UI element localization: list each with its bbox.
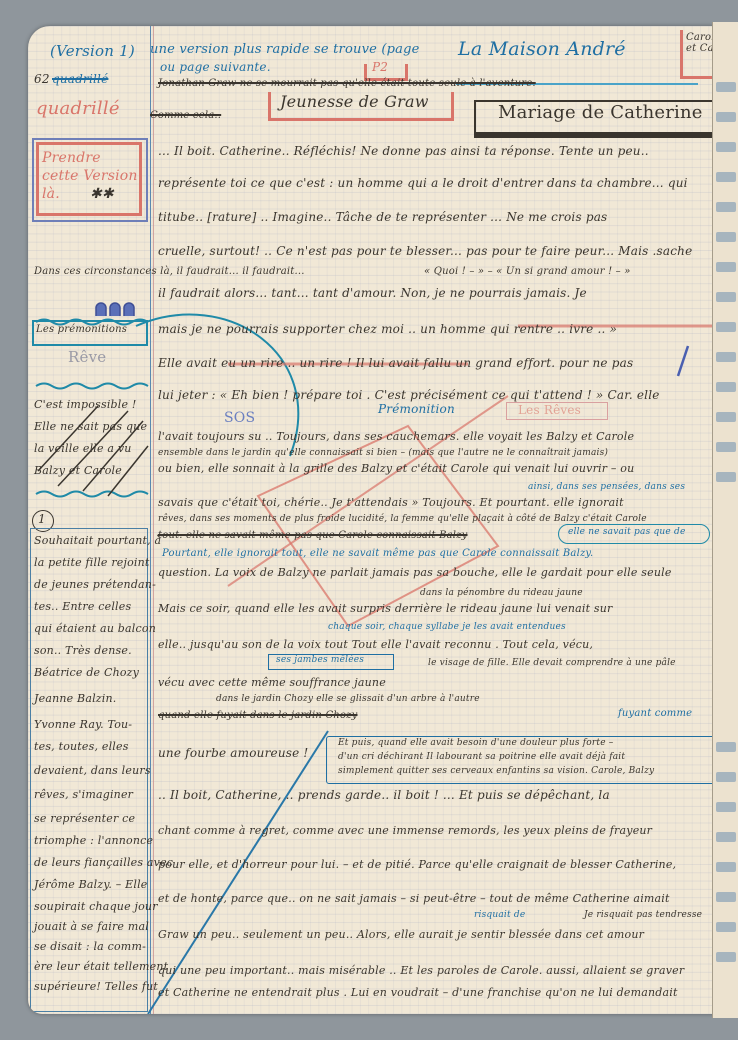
text-line: .. Il boit, Catherine, .. prends garde..…	[158, 788, 610, 802]
boxed-note-line: là.	[42, 186, 60, 202]
text-line: il faudrait alors... tant... tant d'amou…	[158, 286, 587, 300]
side-text-line: jouait à se faire mal	[34, 920, 149, 933]
side-text-line: tes, toutes, elles	[34, 740, 129, 753]
text-line: représente toi ce que c'est : un homme q…	[158, 176, 688, 190]
version-note: une version plus rapide se trouve (page	[150, 42, 420, 57]
boxed-note-line: Prendre	[42, 150, 101, 166]
text-insert: chaque soir, chaque syllabe je les avait…	[328, 622, 566, 632]
text-insert: ainsi, dans ses pensées, dans ses	[528, 482, 685, 492]
text-line: Mais ce soir, quand elle les avait surpr…	[158, 602, 613, 615]
text-line: savais que c'était toi, chérie.. Je t'at…	[158, 496, 624, 509]
text-line-struck: quand elle fuyait dans le jardin Chozy	[158, 710, 358, 721]
text-line: pour elle, et d'horreur pour lui. – et d…	[158, 858, 676, 871]
text-insert: ses jambes mêlées	[276, 655, 364, 665]
text-line-struck: Comme cela..	[150, 110, 221, 121]
side-text-line: triomphe : l'annonce	[34, 834, 153, 847]
struck-line: Balzy et Carole	[34, 464, 122, 477]
struck-line: C'est impossible !	[34, 398, 137, 411]
text-line-blue: Pourtant, elle ignorait tout, elle ne sa…	[162, 548, 593, 559]
text-line: rêves, dans ses moments de plus froide l…	[158, 514, 647, 524]
circled-number: 1	[38, 512, 46, 526]
side-text-line: supérieure! Telles fut	[34, 980, 158, 993]
text-insert: Je risquait pas tendresse	[584, 910, 702, 920]
text-line: ... Il boit. Catherine.. Réfléchis! Ne d…	[158, 144, 649, 158]
inserted-line: simplement quitter ses cerveaux enfantin…	[338, 766, 654, 776]
side-text-line: soupirait chaque jour	[34, 900, 158, 913]
text-line: une fourbe amoureuse !	[158, 746, 308, 760]
chapter-title: Mariage de Catherine	[498, 102, 703, 123]
side-text-line: se représenter ce	[34, 812, 135, 825]
text-line: elle.. jusqu'au son de la voix tout Tout…	[158, 638, 593, 651]
text-line: cruelle, surtout! .. Ce n'est pas pour t…	[158, 244, 692, 258]
side-text-line: qui étaient au balcon	[34, 622, 156, 635]
text-insert: dans le jardin Chozy elle se glissait d'…	[216, 694, 480, 704]
red-tag: P2	[372, 60, 388, 74]
document-title: La Maison André	[458, 38, 626, 60]
margin-note: Dans ces circonstances là, il faudrait..…	[34, 266, 305, 277]
text-line: et Catherine ne entendrait plus . Lui en…	[158, 986, 678, 999]
next-page-edge	[712, 22, 738, 1018]
side-text-line: devaient, dans leurs	[34, 764, 151, 777]
premonitions-label: Les prémonitions	[36, 324, 127, 335]
section-heading: Jeunesse de Graw	[280, 92, 429, 111]
side-text-line: la petite fille rejoint	[34, 556, 150, 569]
version-note-2: ou page suivante.	[160, 60, 271, 74]
inserted-line: Et puis, quand elle avait besoin d'une d…	[338, 738, 614, 748]
reve-label: Rêve	[68, 348, 106, 366]
inserted-line: d'un cri déchirant Il labourant sa poitr…	[338, 752, 625, 762]
struck-line: Elle ne sait pas que	[34, 420, 147, 433]
side-text-line: de jeunes prétendan-	[34, 578, 156, 591]
text-line: ensemble dans le jardin qu'elle connaiss…	[158, 448, 608, 458]
text-line: Graw un peu.. seulement un peu.. Alors, …	[158, 928, 644, 941]
text-line: titube.. [rature] .. Imagine.. Tâche de …	[158, 210, 607, 224]
side-text-line: Yvonne Ray. Tou-	[34, 718, 132, 731]
text-line: lui jeter : « Eh bien ! prépare toi . C'…	[158, 388, 660, 402]
side-text-line: rêves, s'imaginer	[34, 788, 133, 801]
side-text-line: tes.. Entre celles	[34, 600, 131, 613]
version-label: (Version 1)	[50, 42, 135, 60]
les-reves-label: Les Rêves	[518, 403, 581, 417]
text-line: et de honte, parce que.. on ne sait jama…	[158, 892, 670, 905]
side-text-line: son.. Très dense.	[34, 644, 132, 657]
text-insert: elle ne savait pas que de	[568, 527, 685, 537]
side-text-line: Béatrice de Chozy	[34, 666, 139, 679]
asterisk-marks: ✱✱	[90, 186, 114, 202]
side-text-line: Souhaitait pourtant, à	[34, 534, 161, 547]
side-text-line: de leurs fiançailles avec	[34, 856, 173, 869]
text-line-struck: Jonathan Graw ne se mourrait pas qu'elle…	[158, 78, 536, 89]
side-text-line: Jeanne Balzin.	[34, 692, 117, 705]
side-text-line: Jérôme Balzy. – Elle	[34, 878, 148, 891]
notebook-type-struck: quadrillé	[52, 72, 108, 86]
side-text-line: ère leur était tellement	[34, 960, 168, 973]
sos-label: SOS	[224, 410, 255, 426]
text-insert: le visage de fille. Elle devait comprend…	[428, 658, 676, 668]
text-insert: risquait de	[474, 910, 525, 920]
text-insert: dans la pénombre du rideau jaune	[420, 588, 583, 598]
text-line: vécu avec cette même souffrance jaune	[158, 676, 386, 689]
text-line: ou bien, elle sonnait à la grille des Ba…	[158, 462, 634, 475]
side-text-line: se disait : la comm-	[34, 940, 146, 953]
text-line: « Quoi ! – » – « Un si grand amour ! – »	[424, 266, 631, 277]
premonition-label: Prémonition	[378, 402, 455, 416]
text-insert: fuyant comme	[618, 708, 692, 719]
text-line: question. La voix de Balzy ne parlait ja…	[158, 566, 672, 579]
text-line: Elle avait eu un rire .. un rire ! Il lu…	[158, 356, 633, 370]
text-line: l'avait toujours su .. Toujours, dans se…	[158, 430, 634, 443]
text-line: mais je ne pourrais supporter chez moi .…	[158, 322, 617, 336]
notebook-type: quadrillé	[36, 98, 120, 119]
text-line-struck: tout. elle ne savait même pas que Carole…	[158, 530, 468, 541]
struck-line: la veille elle a vu	[34, 442, 132, 455]
text-line: chant comme à regret, comme avec une imm…	[158, 824, 652, 837]
page-number: 62	[34, 72, 50, 86]
boxed-note-line: cette Version	[42, 168, 138, 184]
manuscript-page: (Version 1) une version plus rapide se t…	[28, 26, 718, 1014]
text-line: qui une peu important.. mais misérable .…	[158, 964, 684, 977]
